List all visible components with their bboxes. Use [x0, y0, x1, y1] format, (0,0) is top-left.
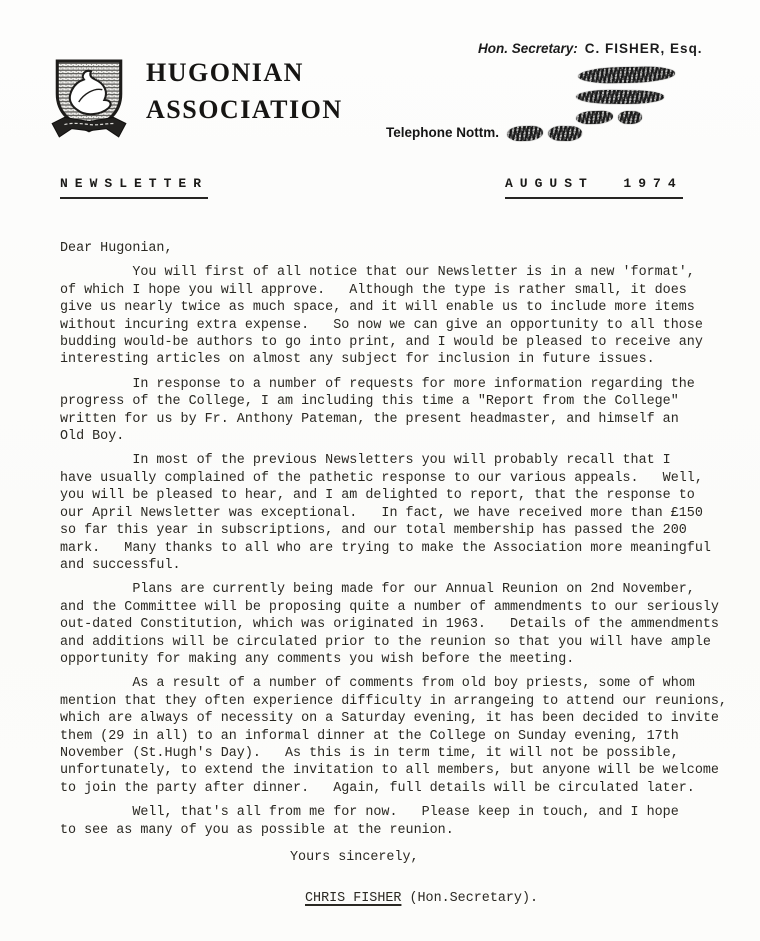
organization-name: HUGONIAN ASSOCIATION [146, 54, 343, 128]
redacted-phone-number-2 [548, 125, 582, 141]
redacted-address-line-2 [576, 89, 664, 104]
association-crest [50, 58, 128, 144]
org-name-line2: ASSOCIATION [146, 91, 343, 128]
shield-with-swan-crest-icon [50, 58, 128, 144]
redacted-address-line-3b [618, 111, 642, 125]
redacted-address-line-3a [576, 110, 613, 124]
telephone-line: Telephone Nottm. [386, 125, 582, 141]
letter-paragraph-1: You will first of all notice that our Ne… [60, 264, 750, 368]
letter-paragraph-4: Plans are currently being made for our A… [60, 581, 750, 668]
closing-line: Yours sincerely, [60, 849, 750, 866]
org-name-line1: HUGONIAN [146, 54, 343, 91]
hon-secretary-line: Hon. Secretary:C. FISHER, Esq. [478, 41, 703, 56]
signature-line: CHRIS FISHER (Hon.Secretary). [60, 890, 750, 907]
letter-body: Dear Hugonian, You will first of all not… [60, 240, 750, 908]
redacted-phone-number-1 [507, 125, 543, 141]
letter-paragraph-5: As a result of a number of comments from… [60, 675, 750, 797]
scanned-newsletter-page: HUGONIAN ASSOCIATION Hon. Secretary:C. F… [0, 0, 760, 941]
redacted-address-line-1 [578, 66, 675, 84]
signature-name: CHRIS FISHER [305, 891, 401, 906]
issue-date-title: AUGUST 1974 [505, 176, 683, 199]
hon-secretary-name: C. FISHER, Esq. [585, 41, 703, 56]
newsletter-title: NEWSLETTER [60, 176, 208, 199]
signature-role: (Hon.Secretary). [401, 891, 538, 906]
hon-secretary-label: Hon. Secretary: [478, 41, 578, 56]
letter-paragraph-2: In response to a number of requests for … [60, 376, 750, 446]
telephone-label: Telephone Nottm. [386, 125, 499, 140]
salutation: Dear Hugonian, [60, 240, 750, 257]
letter-paragraph-6: Well, that's all from me for now. Please… [60, 804, 750, 839]
letter-paragraph-3: In most of the previous Newsletters you … [60, 452, 750, 574]
